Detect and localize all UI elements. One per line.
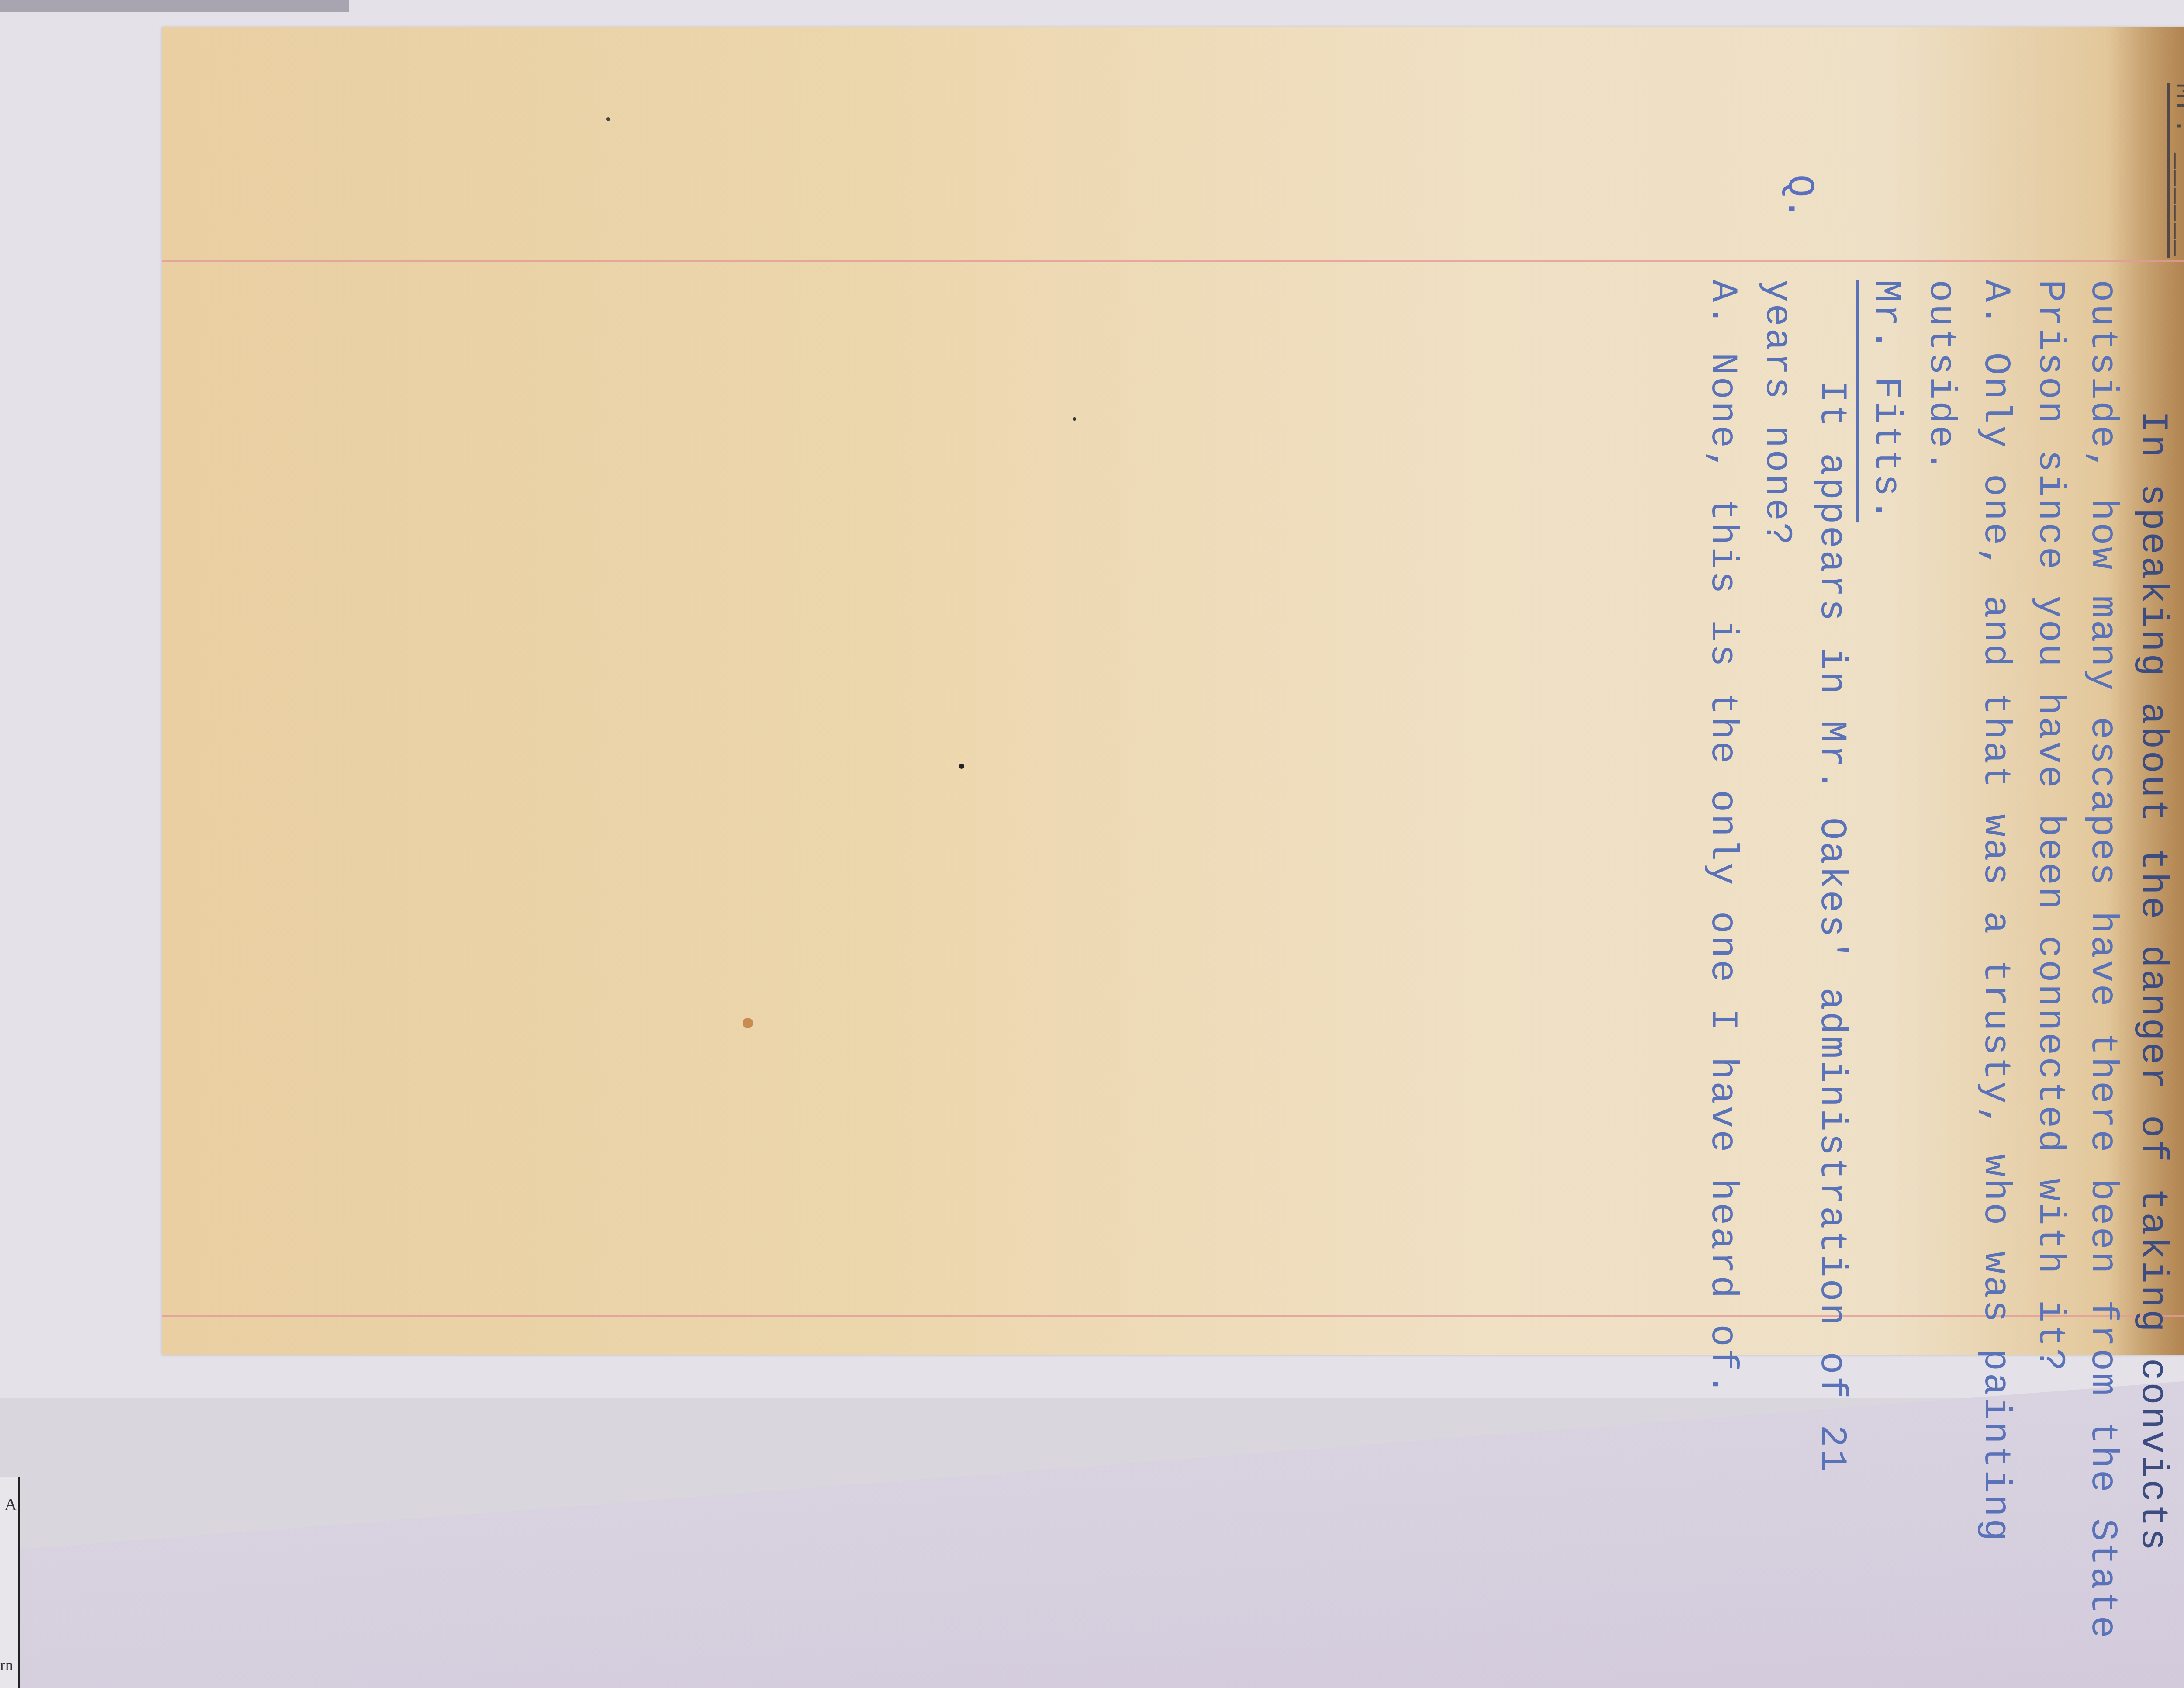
transcript-line: years none?	[1756, 280, 1799, 547]
paper-speck	[959, 764, 964, 769]
background-strip	[0, 0, 349, 12]
header-speaker: Mr. ______	[2169, 83, 2184, 258]
lower-paper-stack	[0, 1376, 2184, 1688]
transcript-line: outside.	[1920, 280, 1963, 474]
transcript-line: outside, how many escapes have there bee…	[2081, 280, 2124, 1640]
paper-speck	[1073, 417, 1076, 421]
speaker-label: Mr. Fitts.	[1865, 280, 1908, 522]
transcript-line: Prison since you have been connected wit…	[2029, 280, 2072, 1373]
margin-rule-top	[162, 260, 2184, 262]
paper-speck	[606, 117, 610, 121]
answer-line: A. None, this is the only one I have hea…	[1701, 280, 1744, 1397]
margin-rule-bottom	[162, 1315, 2184, 1317]
paper-stain	[743, 1018, 753, 1028]
question-marker: Q.	[1778, 175, 1821, 220]
left-document-partial-text: rn	[0, 1656, 13, 1674]
answer-line: A. Only one, and that was a trusty, who …	[1974, 280, 2017, 1543]
left-document-letter: A	[4, 1494, 17, 1515]
transcript-line: In speaking about the danger of taking c…	[2132, 411, 2174, 1553]
transcript-line: It appears in Mr. Oakes' administration …	[1811, 380, 1853, 1473]
transcript-page	[162, 27, 2184, 1355]
